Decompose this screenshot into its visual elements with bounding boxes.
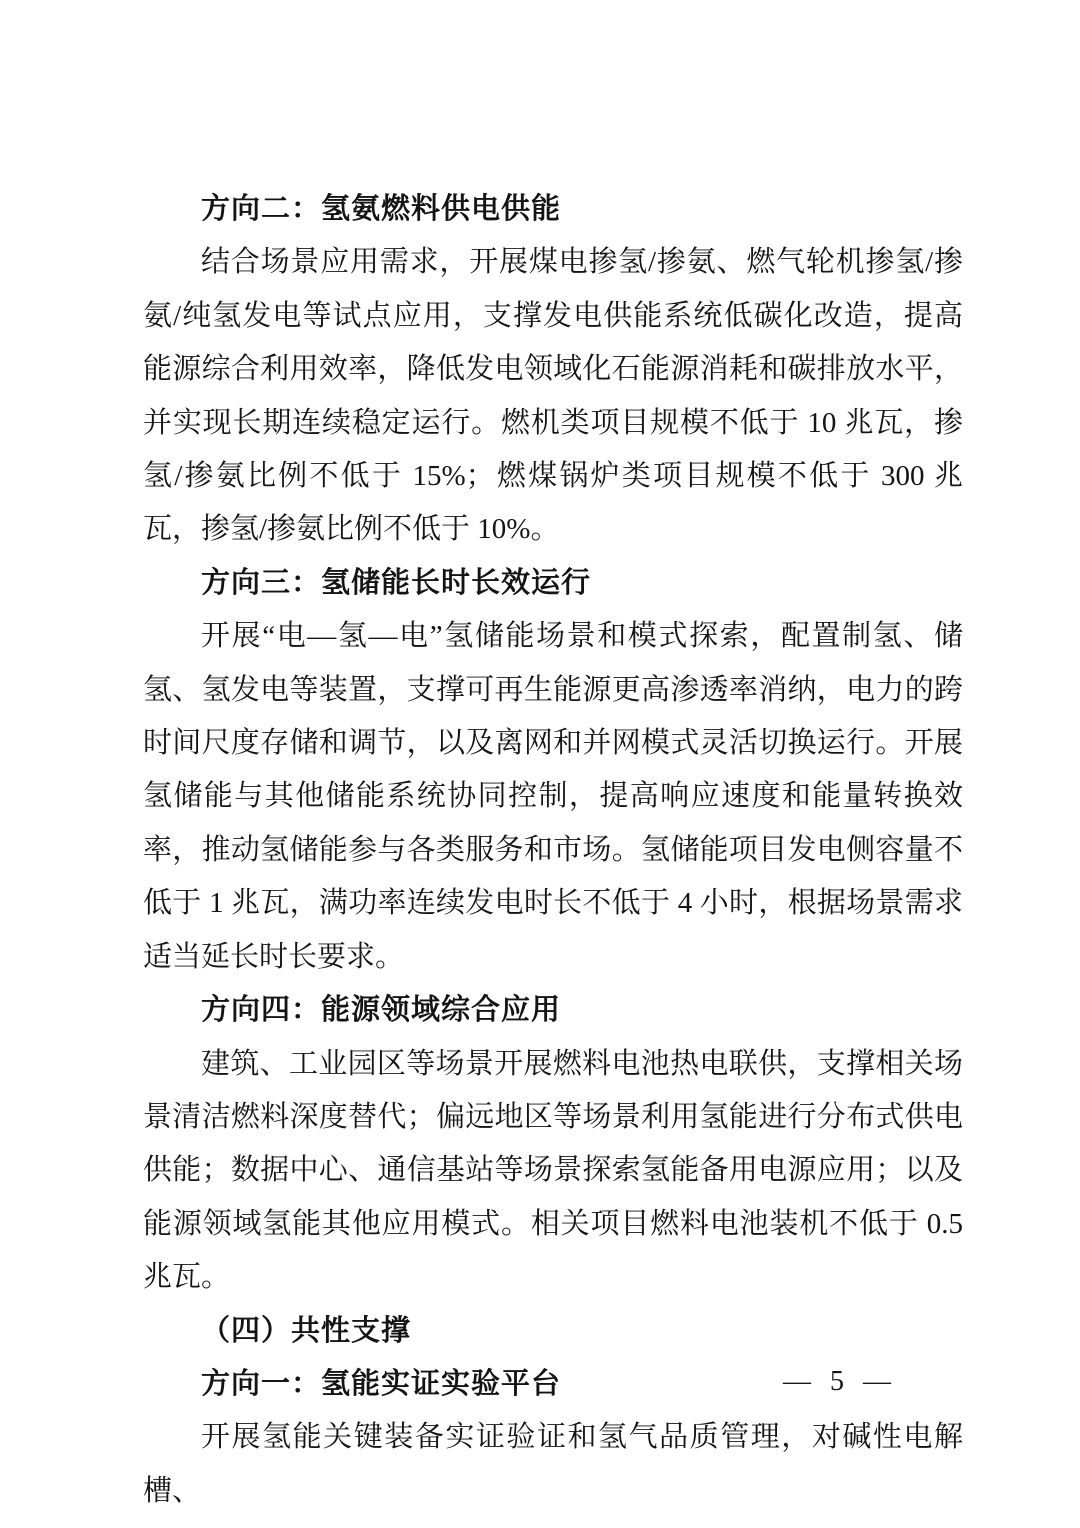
heading-direction-4: 方向四：能源领域综合应用	[143, 984, 963, 1037]
paragraph-direction-3: 开展“电—氢—电”氢储能场景和模式探索，配置制氢、储氢、氢发电等装置，支撑可再生…	[143, 610, 963, 984]
page-number: — 5 —	[783, 1366, 897, 1398]
paragraph-direction-1-platform: 开展氢能关键装备实证验证和氢气品质管理，对碱性电解槽、	[143, 1411, 963, 1518]
heading-direction-3: 方向三：氢储能长时长效运行	[143, 557, 963, 610]
document-page: 方向二：氢氨燃料供电供能 结合场景应用需求，开展煤电掺氢/掺氨、燃气轮机掺氢/掺…	[0, 0, 1080, 1528]
document-body: 方向二：氢氨燃料供电供能 结合场景应用需求，开展煤电掺氢/掺氨、燃气轮机掺氢/掺…	[143, 183, 963, 1518]
heading-section-4-common-support: （四）共性支撑	[143, 1305, 963, 1358]
paragraph-direction-2: 结合场景应用需求，开展煤电掺氢/掺氨、燃气轮机掺氢/掺氨/纯氢发电等试点应用，支…	[143, 236, 963, 556]
paragraph-direction-4: 建筑、工业园区等场景开展燃料电池热电联供，支撑相关场景清洁燃料深度替代；偏远地区…	[143, 1038, 963, 1305]
heading-direction-2: 方向二：氢氨燃料供电供能	[143, 183, 963, 236]
